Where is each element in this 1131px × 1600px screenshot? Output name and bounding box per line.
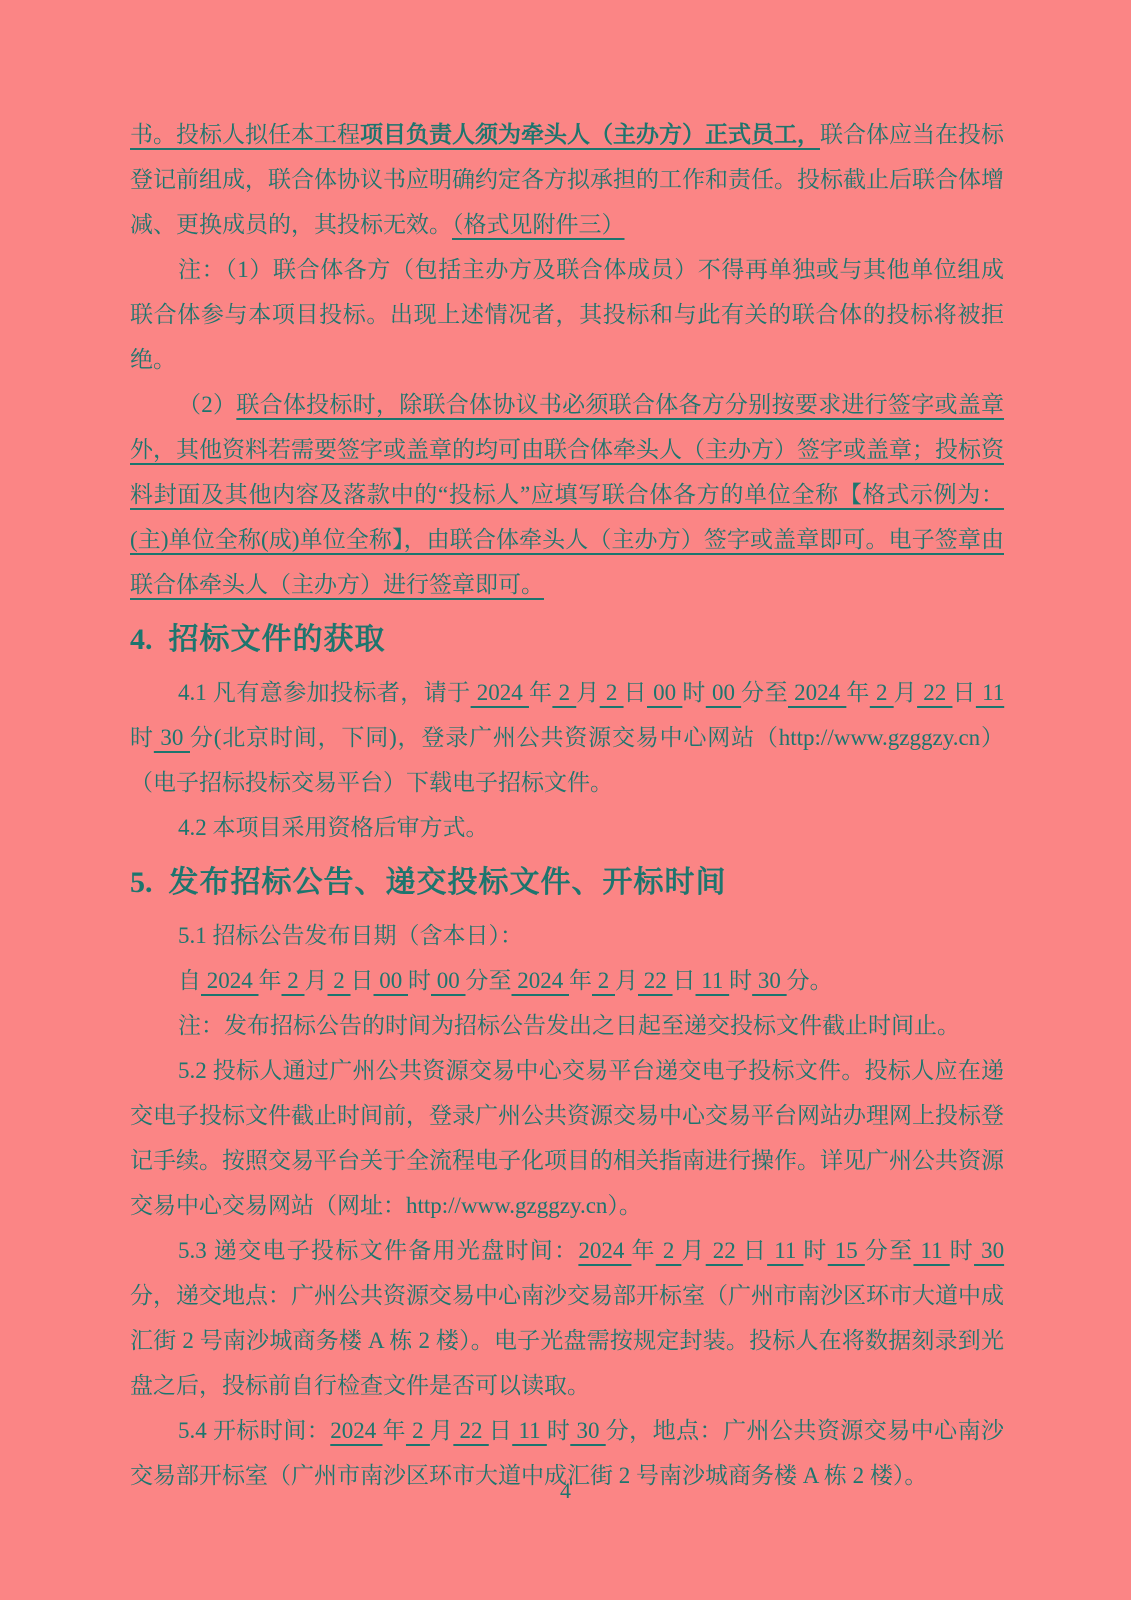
text-run: 4.2 本项目采用资格后审方式。 — [178, 815, 489, 840]
text-run: 2024 — [471, 680, 529, 705]
section-heading-5: 5.发布招标公告、递交投标文件、开标时间 — [130, 860, 1004, 905]
text-run: 30 — [752, 968, 787, 993]
paragraph-4-2: 4.2 本项目采用资格后审方式。 — [130, 805, 1004, 850]
text-run: 月 — [305, 968, 328, 993]
text-run: 22 — [453, 1418, 488, 1443]
document-page: 书。投标人拟任本工程项目负责人须为牵头人（主办方）正式员工，联合体应当在投标登记… — [0, 0, 1131, 1600]
paragraph-5-3: 5.3 递交电子投标文件备用光盘时间：2024 年 2 月 22 日 11 时 … — [130, 1228, 1004, 1408]
text-run: 分，递交地点：广州公共资源交易中心南沙交易部开标室（广州市南沙区环市大道中成汇街… — [130, 1283, 1004, 1398]
text-run: 自 — [178, 968, 201, 993]
heading-title: 发布招标公告、递交投标文件、开标时间 — [169, 866, 727, 899]
text-run: 时 — [682, 680, 705, 705]
text-run-bold: 项目负责人须为牵头人（主办方）正式员工， — [360, 122, 820, 147]
text-run: 注：（1）联合体各方（包括主办方及联合体成员）不得再单独或与其他单位组成联合体参… — [130, 257, 1004, 372]
text-run: 年 — [569, 968, 592, 993]
paragraph-note-1: 注：（1）联合体各方（包括主办方及联合体成员）不得再单独或与其他单位组成联合体参… — [130, 247, 1004, 382]
text-run: 日 — [952, 680, 975, 705]
text-run: 22 — [917, 680, 952, 705]
text-run: 22 — [706, 1238, 743, 1263]
text-run: 5.4 开标时间： — [178, 1418, 330, 1443]
heading-number: 5. — [130, 866, 153, 899]
text-run: 分至 — [741, 680, 788, 705]
paragraph-5-2: 5.2 投标人通过广州公共资源交易中心交易平台递交电子投标文件。投标人应在递交电… — [130, 1048, 1004, 1228]
text-run: 年 — [631, 1238, 655, 1263]
text-run: 11 — [767, 1238, 803, 1263]
text-run: 联合体投标时，除联合体协议书必须联合体各方分别按要求进行签字或盖章外，其他资料若… — [130, 392, 1004, 597]
text-run: 日 — [743, 1238, 767, 1263]
text-run: 时 — [950, 1238, 974, 1263]
text-run: 时 — [803, 1238, 827, 1263]
text-run: 月 — [894, 680, 917, 705]
text-run: 00 — [374, 968, 409, 993]
text-run: 2024 — [330, 1418, 382, 1443]
heading-number: 4. — [130, 623, 153, 656]
text-run: 月 — [430, 1418, 453, 1443]
text-run: 日 — [624, 680, 647, 705]
text-run: 分(北京时间，下同)，登录广州公共资源交易中心网站（http://www.gzg… — [130, 725, 1004, 795]
text-run: 注：发布招标公告的时间为招标公告发出之日起至递交投标文件截止时间止。 — [178, 1013, 960, 1038]
text-run: 30 — [974, 1238, 1004, 1263]
text-run: 分。 — [787, 968, 833, 993]
paragraph-4-1: 4.1 凡有意参加投标者，请于 2024 年 2 月 2 日 00 时 00 分… — [130, 670, 1004, 805]
page-number: 4 — [0, 1476, 1131, 1506]
paragraph-note-2: （2）联合体投标时，除联合体协议书必须联合体各方分别按要求进行签字或盖章外，其他… — [130, 382, 1004, 607]
text-run: 2024 — [512, 968, 570, 993]
text-run: 15 — [828, 1238, 865, 1263]
text-run: 2 — [552, 680, 576, 705]
text-run: （2） — [178, 392, 236, 417]
text-run: 2 — [592, 968, 615, 993]
text-run: 月 — [615, 968, 638, 993]
text-run: 00 — [706, 680, 741, 705]
document-content: 书。投标人拟任本工程项目负责人须为牵头人（主办方）正式员工，联合体应当在投标登记… — [130, 112, 1004, 1498]
text-run: 2024 — [201, 968, 259, 993]
text-run: 11 — [913, 1238, 949, 1263]
text-run: 年 — [529, 680, 552, 705]
text-run: 书。投标人拟任本工程 — [130, 122, 360, 147]
paragraph-5-1-dates: 自 2024 年 2 月 2 日 00 时 00 分至 2024 年 2 月 2… — [130, 958, 1004, 1003]
text-run: 30 — [570, 1418, 605, 1443]
text-run: （格式见附件三） — [452, 212, 625, 237]
text-run: 30 — [154, 725, 190, 750]
text-run: 时 — [729, 968, 752, 993]
text-run: 2 — [406, 1418, 430, 1443]
text-run: 4.1 凡有意参加投标者，请于 — [178, 680, 471, 705]
text-run: 5.1 招标公告发布日期（含本日）： — [178, 923, 523, 948]
text-run: 00 — [647, 680, 682, 705]
text-run: 2 — [656, 1238, 682, 1263]
paragraph-joint-venture-requirements: 书。投标人拟任本工程项目负责人须为牵头人（主办方）正式员工，联合体应当在投标登记… — [130, 112, 1004, 247]
text-run: 2 — [328, 968, 351, 993]
text-run: 5.2 投标人通过广州公共资源交易中心交易平台递交电子投标文件。投标人应在递交电… — [130, 1058, 1004, 1218]
paragraph-5-1: 5.1 招标公告发布日期（含本日）： — [130, 913, 1004, 958]
text-run: 2 — [282, 968, 305, 993]
text-run: 分至 — [865, 1238, 914, 1263]
text-run: 日 — [673, 968, 696, 993]
text-run: 年 — [382, 1418, 405, 1443]
text-run: 年 — [846, 680, 869, 705]
text-run: 11 — [976, 680, 1004, 705]
text-run: 月 — [681, 1238, 705, 1263]
text-run: 年 — [259, 968, 282, 993]
text-run: 00 — [431, 968, 466, 993]
text-run: 5.3 递交电子投标文件备用光盘时间： — [178, 1238, 578, 1263]
text-run: 2024 — [578, 1238, 631, 1263]
text-run: 时 — [408, 968, 431, 993]
text-run: 11 — [696, 968, 730, 993]
text-run: 22 — [638, 968, 673, 993]
text-run: 分至 — [466, 968, 512, 993]
text-run: 2024 — [788, 680, 846, 705]
paragraph-5-1-note: 注：发布招标公告的时间为招标公告发出之日起至递交投标文件截止时间止。 — [130, 1003, 1004, 1048]
text-run: 月 — [576, 680, 599, 705]
text-run: 时 — [547, 1418, 570, 1443]
text-run: 日 — [351, 968, 374, 993]
section-heading-4: 4.招标文件的获取 — [130, 617, 1004, 662]
text-run: 2 — [870, 680, 894, 705]
text-run: 时 — [130, 725, 154, 750]
text-run: 11 — [512, 1418, 547, 1443]
text-run: 日 — [489, 1418, 512, 1443]
text-run: 2 — [600, 680, 624, 705]
heading-title: 招标文件的获取 — [169, 623, 386, 656]
